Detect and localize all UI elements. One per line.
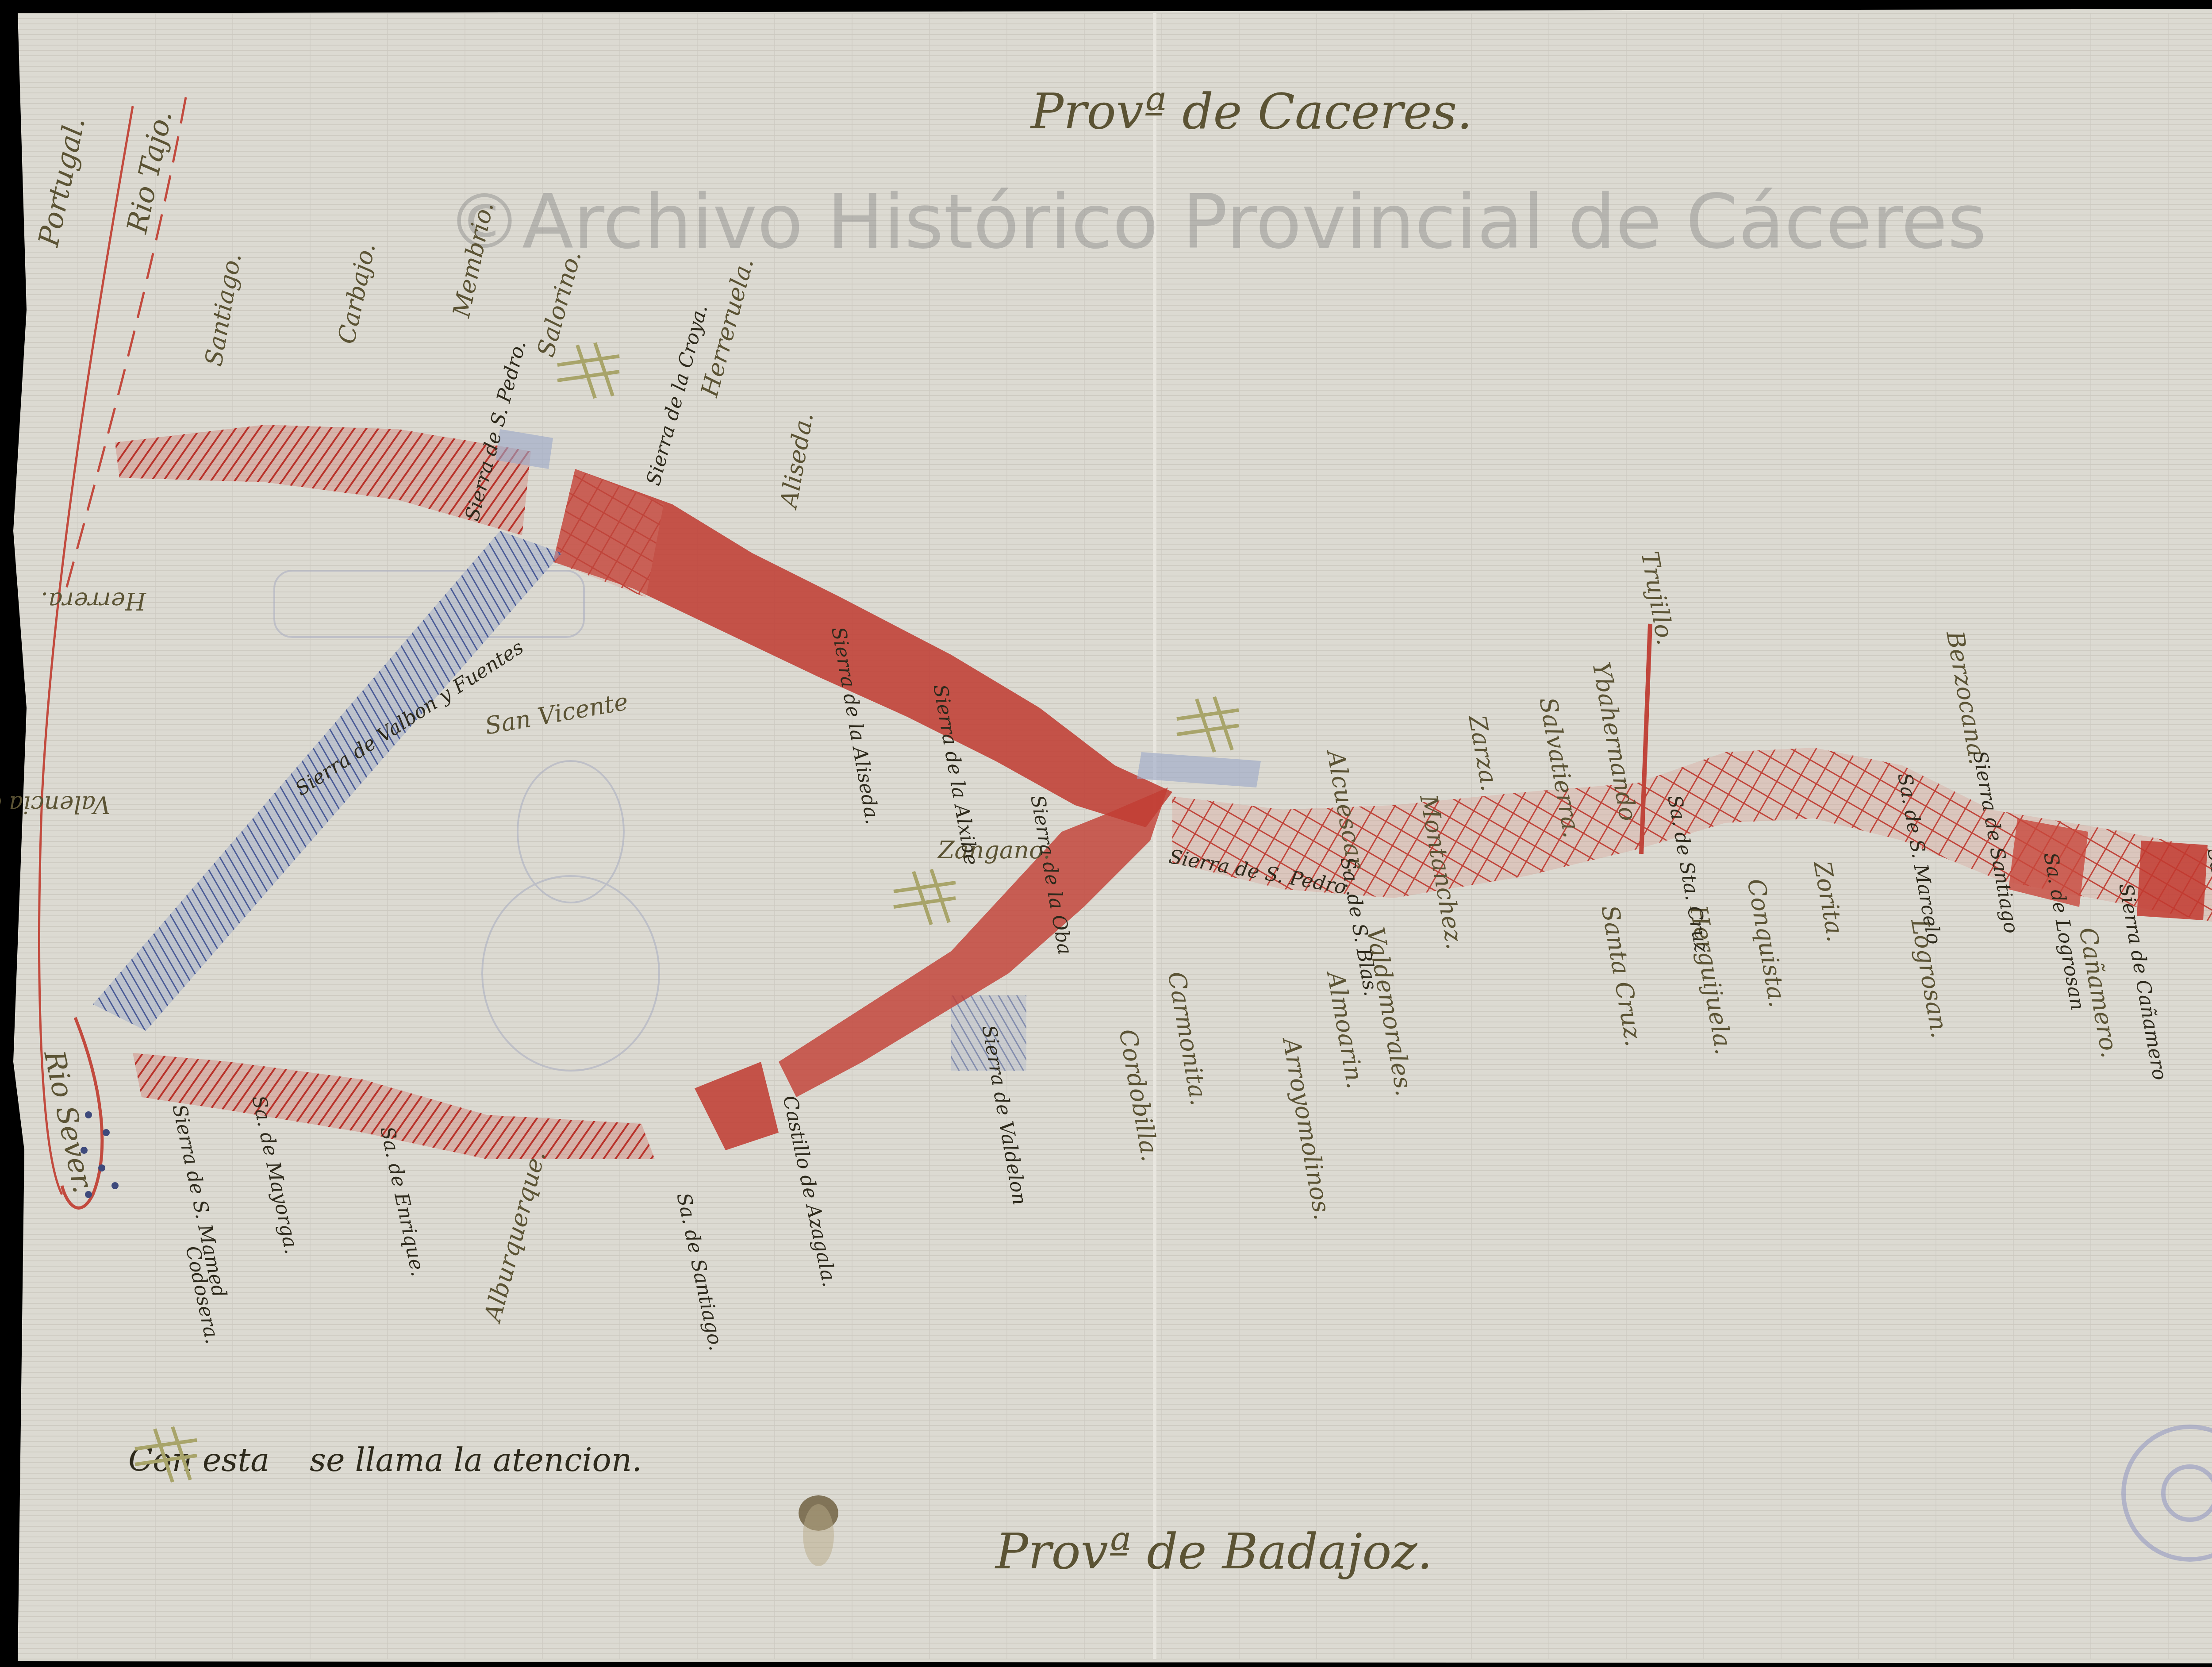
legend-suffix: se llama la atencion. bbox=[310, 1441, 642, 1479]
label-valencia-de-alcantara: Valencia de Alcantara bbox=[0, 791, 111, 818]
archive-watermark: ©Archivo Histórico Provincial de Cáceres bbox=[447, 178, 1987, 266]
province-caceres-title: Provª de Caceres. bbox=[1030, 83, 1472, 140]
historical-map: ©Archivo Histórico Provincial de Cáceres bbox=[0, 0, 2212, 1667]
province-badajoz-title: Provª de Badajoz. bbox=[995, 1523, 1432, 1580]
label-zangano: Zangano. bbox=[937, 836, 1051, 864]
label-herrera: Herrera. bbox=[41, 587, 146, 615]
ink-stain-halo bbox=[803, 1504, 834, 1566]
legend: Con esta se llama la atencion. bbox=[128, 1441, 642, 1479]
